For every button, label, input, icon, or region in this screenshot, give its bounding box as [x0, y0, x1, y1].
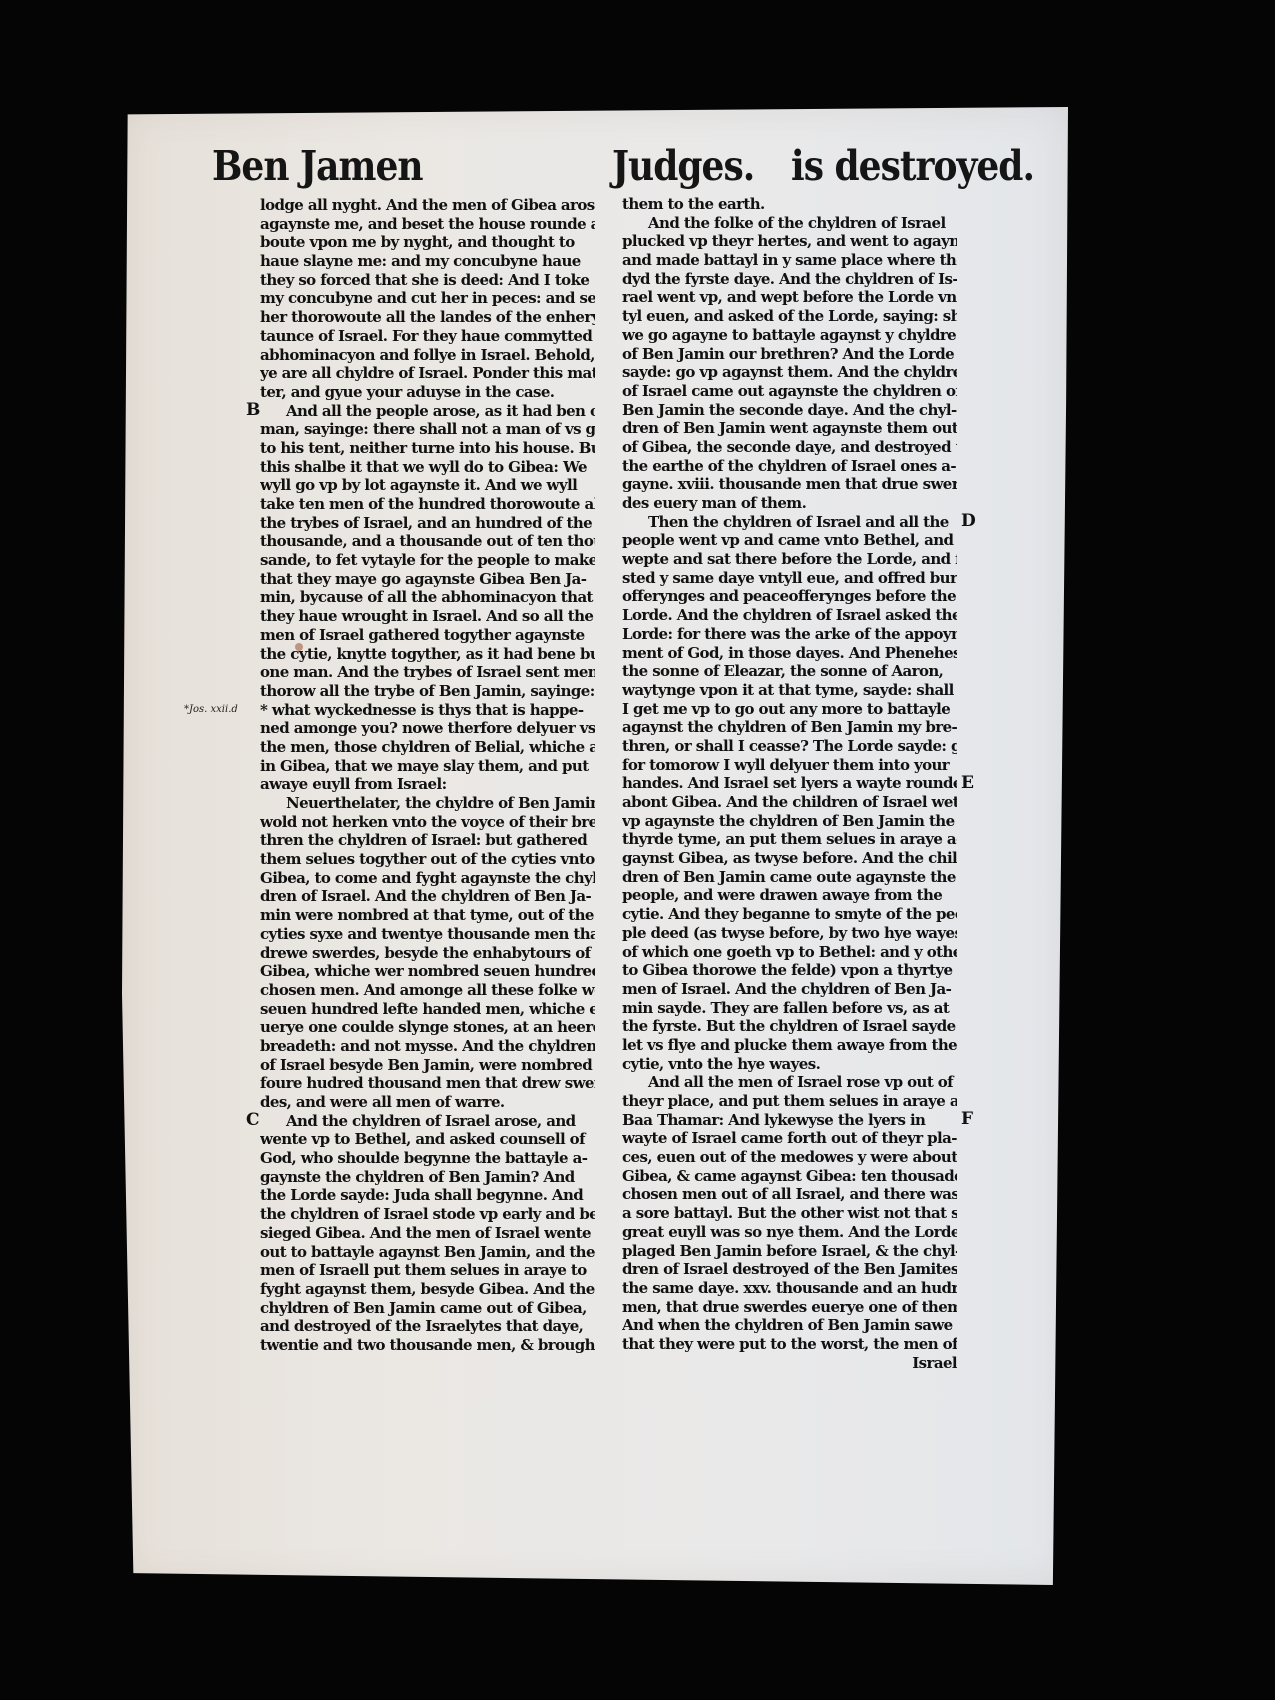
- text-line: the chyldren of Israel stode vp early an…: [260, 1205, 595, 1224]
- text-line: breadeth: and not mysse. And the chyldre…: [260, 1037, 595, 1056]
- text-line: man, sayinge: there shall not a man of v…: [260, 420, 595, 439]
- text-line: the fyrste. But the chyldren of Israel s…: [622, 1017, 957, 1036]
- text-line: des, and were all men of warre.: [260, 1093, 595, 1112]
- text-line: uerye one coulde slynge stones, at an he…: [260, 1018, 595, 1037]
- text-line: wyll go vp by lot agaynste it. And we wy…: [260, 476, 595, 495]
- text-line: chyldren of Ben Jamin came out of Gibea,: [260, 1299, 595, 1318]
- text-line: Then the chyldren of Israel and all the: [622, 513, 957, 532]
- paper-stain: [295, 643, 303, 651]
- text-line: Ben Jamin the seconde daye. And the chyl…: [622, 401, 957, 420]
- text-line: theyr place, and put them selues in aray…: [622, 1092, 957, 1111]
- text-line: ple deed (as twyse before, by two hye wa…: [622, 924, 957, 943]
- text-line: them selues togyther out of the cyties v…: [260, 850, 595, 869]
- text-line: chosen men. And amonge all these folke w…: [260, 981, 595, 1000]
- text-line: foure hudred thousand men that drew swer…: [260, 1074, 595, 1093]
- text-line: tyl euen, and asked of the Lorde, saying…: [622, 307, 957, 326]
- text-line: haue slayne me: and my concubyne haue: [260, 252, 595, 271]
- text-line: Lorde: for there was the arke of the app…: [622, 625, 957, 644]
- text-line: Baa Thamar: And lykewyse the lyers in: [622, 1111, 957, 1130]
- text-line: let vs flye and plucke them awaye from t…: [622, 1036, 957, 1055]
- text-line: vp agaynste the chyldren of Ben Jamin th…: [622, 812, 957, 831]
- text-line: awaye euyll from Israel:: [260, 775, 595, 794]
- text-line: wente vp to Bethel, and asked counsell o…: [260, 1130, 595, 1149]
- book-page: Ben Jamen Judges. is destroyed. lodge al…: [122, 107, 1068, 1585]
- text-line: lodge all nyght. And the men of Gibea ar…: [260, 196, 595, 215]
- text-line: dren of Israel destroyed of the Ben Jami…: [622, 1260, 957, 1279]
- section-marker-d: D: [961, 511, 976, 531]
- text-line: to Gibea thorowe the felde) vpon a thyrt…: [622, 961, 957, 980]
- text-line: Gibea, & came agaynst Gibea: ten thousad…: [622, 1167, 957, 1186]
- text-line: we go agayne to battayle agaynst y chyld…: [622, 326, 957, 345]
- text-line: they haue wrought in Israel. And so all …: [260, 607, 595, 626]
- text-line: min were nombred at that tyme, out of th…: [260, 906, 595, 925]
- text-line: thorow all the trybe of Ben Jamin, sayin…: [260, 682, 595, 701]
- text-line: cytie. And they beganne to smyte of the …: [622, 905, 957, 924]
- text-line: a sore battayl. But the other wist not t…: [622, 1204, 957, 1223]
- text-line: thyrde tyme, an put them selues in araye…: [622, 830, 957, 849]
- text-line: and destroyed of the Israelytes that day…: [260, 1317, 595, 1336]
- text-line: sande, to fet vytayle for the people to …: [260, 551, 595, 570]
- text-line: of Israel came out agaynste the chyldren…: [622, 382, 957, 401]
- text-line: of Gibea, the seconde daye, and destroye…: [622, 438, 957, 457]
- left-text-column: lodge all nyght. And the men of Gibea ar…: [260, 196, 595, 1355]
- text-line: that they maye go agaynste Gibea Ben Ja-: [260, 570, 595, 589]
- text-line: the earthe of the chyldren of Israel one…: [622, 457, 957, 476]
- text-line: dren of Ben Jamin went agaynste them out: [622, 419, 957, 438]
- text-line: the Lorde sayde: Juda shall begynne. And: [260, 1186, 595, 1205]
- text-line: the cytie, knytte togyther, as it had be…: [260, 645, 595, 664]
- text-line: And the folke of the chyldren of Israel: [622, 214, 957, 233]
- running-head-right: is destroyed.: [791, 142, 1034, 190]
- text-line: plucked vp theyr hertes, and went to aga…: [622, 232, 957, 251]
- text-line: Gibea, to come and fyght agaynste the ch…: [260, 869, 595, 888]
- text-line: gayne. xviii. thousande men that drue sw…: [622, 475, 957, 494]
- text-line: for tomorow I wyll delyuer them into you…: [622, 756, 957, 775]
- text-line: of Israel besyde Ben Jamin, were nombred: [260, 1056, 595, 1075]
- text-line: des euery man of them.: [622, 494, 957, 513]
- text-line: I get me vp to go out any more to battay…: [622, 700, 957, 719]
- section-marker-b: B: [246, 400, 260, 420]
- text-line: sieged Gibea. And the men of Israel went…: [260, 1224, 595, 1243]
- text-line: fyght agaynst them, besyde Gibea. And th…: [260, 1280, 595, 1299]
- text-line: cyties syxe and twentye thousande men th…: [260, 925, 595, 944]
- text-line: men, that drue swerdes euerye one of the…: [622, 1298, 957, 1317]
- section-marker-f: F: [961, 1109, 973, 1129]
- text-line: abhominacyon and follye in Israel. Behol…: [260, 346, 595, 365]
- text-line: the men, those chyldren of Belial, which…: [260, 738, 595, 757]
- text-line: gaynst Gibea, as twyse before. And the c…: [622, 849, 957, 868]
- text-line: out to battayle agaynst Ben Jamin, and t…: [260, 1243, 595, 1262]
- text-line: dren of Israel. And the chyldren of Ben …: [260, 887, 595, 906]
- text-line: thousande, and a thousande out of ten th…: [260, 532, 595, 551]
- text-line: ces, euen out of the medowes y were abou…: [622, 1148, 957, 1167]
- text-line: cytie, vnto the hye wayes.: [622, 1055, 957, 1074]
- text-line: men of Israel gathered togyther agaynste: [260, 626, 595, 645]
- text-line: agaynste me, and beset the house rounde …: [260, 215, 595, 234]
- text-line: of which one goeth vp to Bethel: and y o…: [622, 943, 957, 962]
- text-line: sayde: go vp agaynst them. And the chyld…: [622, 363, 957, 382]
- text-line: her thorowoute all the landes of the enh…: [260, 308, 595, 327]
- text-line: and made battayl in y same place where t…: [622, 251, 957, 270]
- text-line: plaged Ben Jamin before Israel, & the ch…: [622, 1242, 957, 1261]
- text-line: offerynges and peaceofferynges before th…: [622, 587, 957, 606]
- text-line: dren of Ben Jamin came oute agaynste the: [622, 868, 957, 887]
- running-head-book-title: Judges.: [612, 142, 754, 190]
- text-line: people, and were drawen awaye from the: [622, 886, 957, 905]
- text-line: chosen men out of all Israel, and there …: [622, 1185, 957, 1204]
- text-line: this shalbe it that we wyll do to Gibea:…: [260, 458, 595, 477]
- text-line: taunce of Israel. For they haue commytte…: [260, 327, 595, 346]
- text-line: dyd the fyrste daye. And the chyldren of…: [622, 270, 957, 289]
- text-line: God, who shoulde begynne the battayle a-: [260, 1149, 595, 1168]
- text-line: to his tent, neither turne into his hous…: [260, 439, 595, 458]
- section-marker-c: C: [246, 1110, 260, 1130]
- text-line: Neuerthelater, the chyldre of Ben Jamin: [260, 794, 595, 813]
- text-line: the sonne of Eleazar, the sonne of Aaron…: [622, 662, 957, 681]
- running-head-left: Ben Jamen: [212, 142, 423, 190]
- text-line: the trybes of Israel, and an hundred of …: [260, 514, 595, 533]
- text-line: take ten men of the hundred thorowoute a…: [260, 495, 595, 514]
- text-line: gaynste the chyldren of Ben Jamin? And: [260, 1168, 595, 1187]
- text-line: min, bycause of all the abhominacyon tha…: [260, 588, 595, 607]
- text-line: min sayde. They are fallen before vs, as…: [622, 999, 957, 1018]
- text-line: * what wyckednesse is thys that is happe…: [260, 701, 595, 720]
- text-line: seuen hundred lefte handed men, whiche e…: [260, 1000, 595, 1019]
- text-line: twentie and two thousande men, & brought: [260, 1336, 595, 1355]
- text-line: And when the chyldren of Ben Jamin sawe: [622, 1316, 957, 1335]
- text-line: Lorde. And the chyldren of Israel asked …: [622, 606, 957, 625]
- text-line: And all the people arose, as it had ben …: [260, 402, 595, 421]
- text-line: in Gibea, that we maye slay them, and pu…: [260, 757, 595, 776]
- right-text-column: them to the earth.And the folke of the c…: [622, 195, 957, 1372]
- text-line: men of Israell put them selues in araye …: [260, 1261, 595, 1280]
- text-line: thren, or shall I ceasse? The Lorde sayd…: [622, 737, 957, 756]
- text-line: And all the men of Israel rose vp out of: [622, 1073, 957, 1092]
- text-line: abont Gibea. And the children of Israel …: [622, 793, 957, 812]
- text-line: wayte of Israel came forth out of theyr …: [622, 1129, 957, 1148]
- text-line: Gibea, whiche wer nombred seuen hundred: [260, 962, 595, 981]
- text-line: ned amonge you? nowe therfore delyuer vs: [260, 719, 595, 738]
- text-line: them to the earth.: [622, 195, 957, 214]
- text-line: my concubyne and cut her in peces: and s…: [260, 289, 595, 308]
- catchword: Israel: [622, 1354, 957, 1373]
- text-line: waytynge vpon it at that tyme, sayde: sh…: [622, 681, 957, 700]
- text-line: ye are all chyldre of Israel. Ponder thi…: [260, 364, 595, 383]
- text-line: that they were put to the worst, the men…: [622, 1335, 957, 1354]
- text-line: wepte and sat there before the Lorde, an…: [622, 550, 957, 569]
- text-line: ter, and gyue your aduyse in the case.: [260, 383, 595, 402]
- text-line: the same daye. xxv. thousande and an hud…: [622, 1279, 957, 1298]
- text-line: one man. And the trybes of Israel sent m…: [260, 663, 595, 682]
- text-line: agaynst the chyldren of Ben Jamin my bre…: [622, 718, 957, 737]
- text-line: ment of God, in those dayes. And Phenehe…: [622, 644, 957, 663]
- text-line: thren the chyldren of Israel: but gather…: [260, 831, 595, 850]
- text-line: great euyll was so nye them. And the Lor…: [622, 1223, 957, 1242]
- text-line: And the chyldren of Israel arose, and: [260, 1112, 595, 1131]
- margin-cross-reference: *Jos. xxii.d: [184, 704, 238, 715]
- text-line: rael went vp, and wept before the Lorde …: [622, 288, 957, 307]
- text-line: people went vp and came vnto Bethel, and: [622, 531, 957, 550]
- text-line: boute vpon me by nyght, and thought to: [260, 233, 595, 252]
- text-line: they so forced that she is deed: And I t…: [260, 271, 595, 290]
- text-line: men of Israel. And the chyldren of Ben J…: [622, 980, 957, 999]
- text-line: wold not herken vnto the voyce of their …: [260, 813, 595, 832]
- text-line: sted y same daye vntyll eue, and offred …: [622, 569, 957, 588]
- text-line: of Ben Jamin our brethren? And the Lorde: [622, 345, 957, 364]
- text-line: drewe swerdes, besyde the enhabytours of: [260, 944, 595, 963]
- text-line: handes. And Israel set lyers a wayte rou…: [622, 774, 957, 793]
- section-marker-e: E: [961, 773, 974, 793]
